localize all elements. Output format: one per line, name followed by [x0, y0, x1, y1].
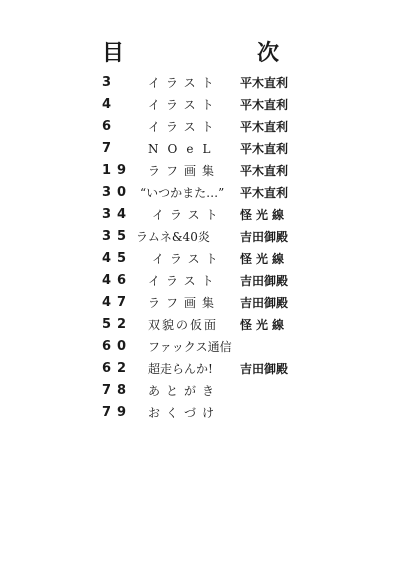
entry-author: 怪光線	[240, 204, 288, 226]
toc-row: 19 ラフ画集 平木直利	[0, 160, 400, 182]
entry-author: 平木直利	[240, 160, 288, 182]
entry-author: 吉田御殿	[240, 226, 288, 248]
toc-row: 45 イラスト 怪光線	[0, 248, 400, 270]
toc-row: 3 イラスト 平木直利	[0, 72, 400, 94]
page-number: 4	[102, 94, 117, 116]
toc-row: 7 NOeL 平木直利	[0, 138, 400, 160]
toc-row: 4 イラスト 平木直利	[0, 94, 400, 116]
page-number: 7	[102, 138, 117, 160]
entry-author: 怪光線	[240, 314, 288, 336]
page-number: 30	[102, 182, 132, 204]
entry-author: 吉田御殿	[240, 270, 288, 292]
entry-title: 双貌の仮面	[148, 314, 238, 336]
page-number: 78	[102, 380, 132, 402]
heading-char-moku: 目	[102, 40, 124, 68]
entry-title: ラムネ&40炎	[136, 226, 226, 248]
entry-title: イラスト	[148, 94, 238, 116]
entry-author: 平木直利	[240, 94, 288, 116]
page-number: 60	[102, 336, 132, 358]
page-number: 35	[102, 226, 132, 248]
page-number: 52	[102, 314, 132, 336]
entry-author: 平木直利	[240, 116, 288, 138]
toc-row: 62 超走らんか! 吉田御殿	[0, 358, 400, 380]
page-number: 3	[102, 72, 117, 94]
toc-row: 60 ファックス通信	[0, 336, 400, 358]
entry-title: イラスト	[148, 270, 238, 292]
entry-author: 吉田御殿	[240, 292, 288, 314]
entry-author: 吉田御殿	[240, 358, 288, 380]
toc-row: 30 “いつかまた…” 平木直利	[0, 182, 400, 204]
entry-title: おくづけ	[148, 402, 238, 424]
entry-title: ラフ画集	[148, 160, 238, 182]
page-number: 79	[102, 402, 132, 424]
entry-title: イラスト	[152, 204, 242, 226]
toc-row: 46 イラスト 吉田御殿	[0, 270, 400, 292]
toc-row: 35 ラムネ&40炎 吉田御殿	[0, 226, 400, 248]
entry-author: 平木直利	[240, 138, 288, 160]
entry-author: 平木直利	[240, 182, 288, 204]
entry-author: 怪光線	[240, 248, 288, 270]
toc-row: 79 おくづけ	[0, 402, 400, 424]
toc-row: 6 イラスト 平木直利	[0, 116, 400, 138]
entry-title: あとがき	[148, 380, 238, 402]
page-number: 34	[102, 204, 132, 226]
page-number: 6	[102, 116, 117, 138]
entry-title: NOeL	[148, 138, 238, 160]
entry-title: イラスト	[148, 72, 238, 94]
toc-row: 34 イラスト 怪光線	[0, 204, 400, 226]
toc-row: 78 あとがき	[0, 380, 400, 402]
page-number: 62	[102, 358, 132, 380]
entry-title: イラスト	[148, 116, 238, 138]
toc-row: 52 双貌の仮面 怪光線	[0, 314, 400, 336]
page-number: 46	[102, 270, 132, 292]
entry-author: 平木直利	[240, 72, 288, 94]
entry-title: イラスト	[152, 248, 242, 270]
page-number: 19	[102, 160, 132, 182]
toc-row: 47 ラフ画集 吉田御殿	[0, 292, 400, 314]
page-number: 45	[102, 248, 132, 270]
toc-heading: 目 次	[0, 40, 400, 68]
entry-title: 超走らんか!	[148, 358, 238, 380]
entry-title: ファックス通信	[148, 336, 232, 358]
page-number: 47	[102, 292, 132, 314]
entry-title: “いつかまた…”	[140, 182, 230, 204]
entry-title: ラフ画集	[148, 292, 238, 314]
heading-char-ji: 次	[257, 40, 279, 68]
